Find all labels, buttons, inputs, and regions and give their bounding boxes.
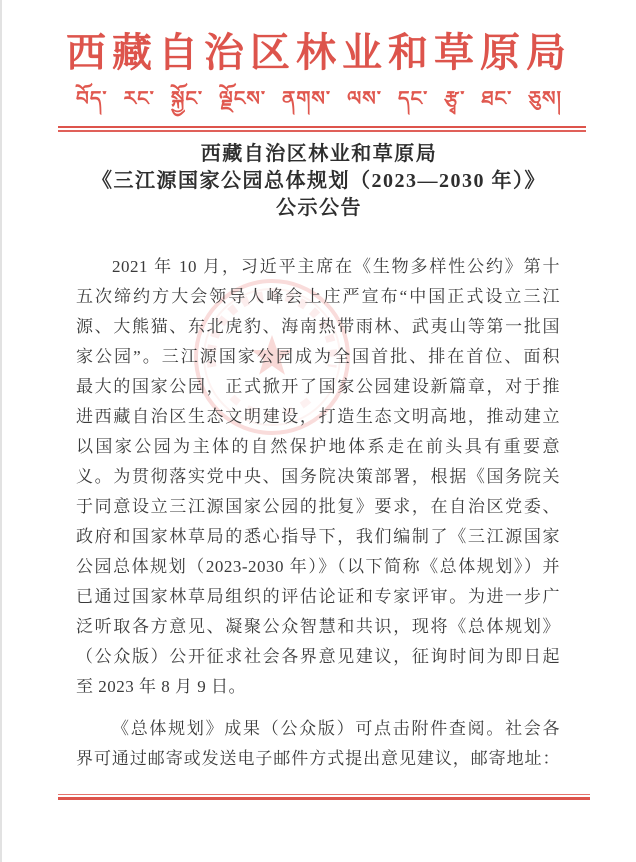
body-paragraph: 2021 年 10 月，习近平主席在《生物多样性公约》第十五次缔约方大会领导人峰… — [76, 252, 560, 702]
body-line: 家公园”。三江源国家公园成为全国首批、排在首位、面积 — [76, 342, 560, 372]
body-paragraph: 《总体规划》成果（公众版）可点击附件查阅。社会各界可通过邮寄或发送电子邮件方式提… — [76, 714, 560, 774]
body-line: 2021 年 10 月，习近平主席在《生物多样性公约》第十 — [76, 252, 560, 282]
body-line: 于同意设立三江源国家公园的批复》要求，在自治区党委、 — [76, 492, 560, 522]
document-title-line-3: 公示公告 — [2, 195, 636, 222]
body-line: 泛听取各方意见、凝聚公众智慧和共识，现将《总体规划》 — [76, 612, 560, 642]
body-line: 公园总体规划（2023-2030 年）》（以下简称《总体规划》）并 — [76, 552, 560, 582]
letterhead-double-rule — [58, 126, 586, 132]
body-line: 义。为贯彻落实党中央、国务院决策部署，根据《国务院关 — [76, 462, 560, 492]
body-line: 以国家公园为主体的自然保护地体系走在前头具有重要意 — [76, 432, 560, 462]
body-line: 最大的国家公园，正式掀开了国家公园建设新篇章，对于推 — [76, 372, 560, 402]
body-line: 源、大熊猫、东北虎豹、海南热带雨林、武夷山等第一批国 — [76, 312, 560, 342]
body-line: 进西藏自治区生态文明建设，打造生态文明高地，推动建立 — [76, 402, 560, 432]
footer-double-rule — [58, 794, 590, 800]
body-line: 已通过国家林草局组织的评估论证和专家评审。为进一步广 — [76, 582, 560, 612]
letterhead-org-name-tibetan: བོད་ རང་ སྐྱོང་ ལྗོངས་ ནགས་ ལས་ དང་ རྩྭ་… — [2, 86, 636, 112]
document-title-line-1: 西藏自治区林业和草原局 — [2, 141, 636, 168]
document-body: 2021 年 10 月，习近平主席在《生物多样性公约》第十五次缔约方大会领导人峰… — [76, 252, 560, 786]
body-line: 至 2023 年 8 月 9 日。 — [76, 672, 560, 702]
scanned-document-page: 西藏自治区林业和草原局 བོད་ རང་ སྐྱོང་ ལྗོངས་ ནགས་ … — [0, 0, 636, 862]
body-line: 界可通过邮寄或发送电子邮件方式提出意见建议，邮寄地址： — [76, 744, 560, 774]
document-title-line-2: 《三江源国家公园总体规划（2023—2030 年）》 — [2, 168, 636, 195]
body-line: 政府和国家林草局的悉心指导下，我们编制了《三江源国家 — [76, 522, 560, 552]
letterhead-org-name-chinese: 西藏自治区林业和草原局 — [2, 28, 636, 78]
body-line: 五次缔约方大会领导人峰会上庄严宣布“中国正式设立三江 — [76, 282, 560, 312]
body-line: 《总体规划》成果（公众版）可点击附件查阅。社会各 — [76, 714, 560, 744]
body-line: （公众版）公开征求社会各界意见建议，征询时间为即日起 — [76, 642, 560, 672]
document-title: 西藏自治区林业和草原局 《三江源国家公园总体规划（2023—2030 年）》 公… — [2, 141, 636, 222]
